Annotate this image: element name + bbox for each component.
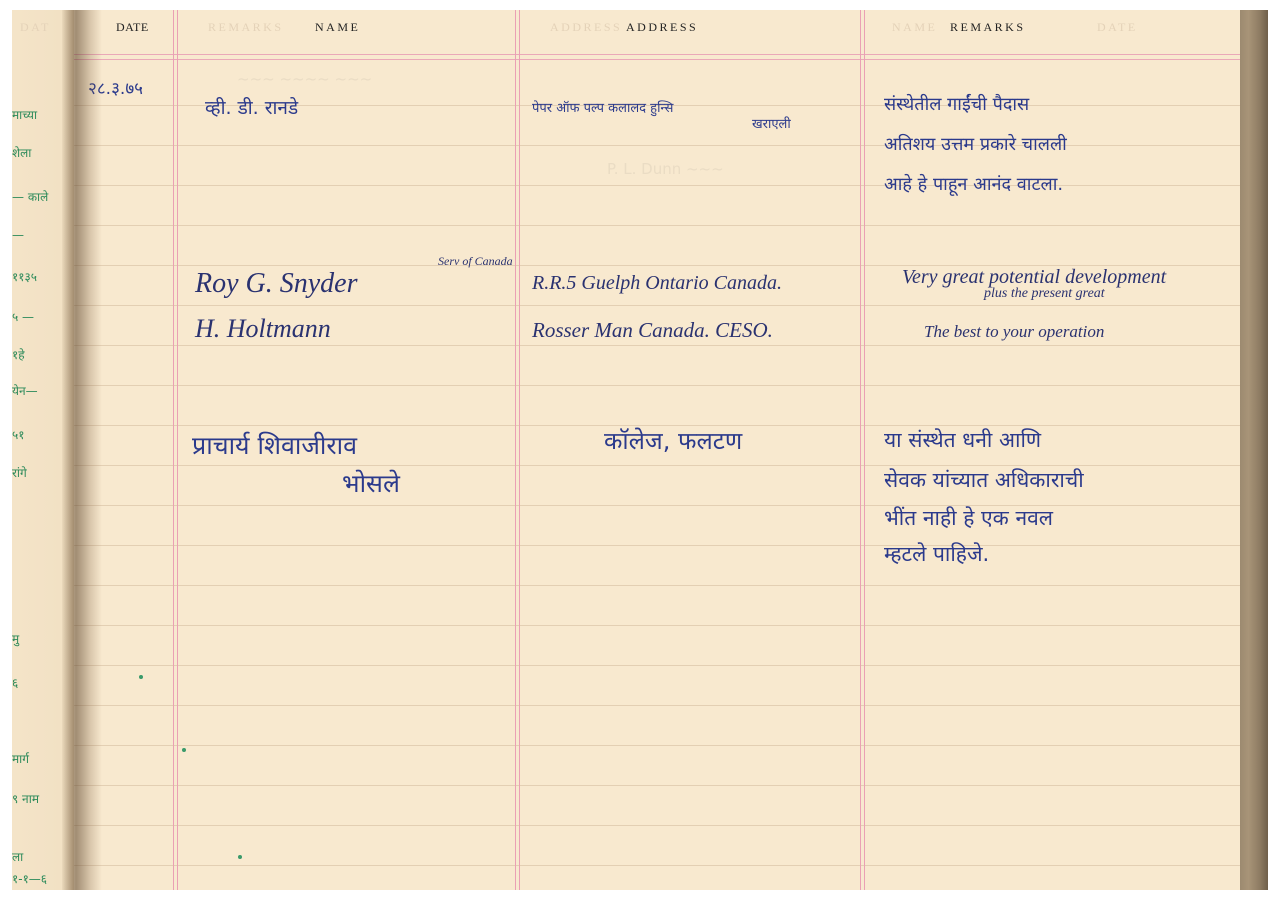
binding-shadow: [62, 10, 102, 890]
column-rule-address: [860, 10, 865, 890]
entry-1-remarks-line: संस्थेतील गाईंची पैदास: [884, 92, 1029, 116]
bleed-through-text: ~~~ ~~~~ ~~~: [237, 70, 372, 88]
header-remarks: REMARKS: [950, 20, 1026, 35]
entry-4-remarks-line: सेवक यांच्यात अधिकाराची: [884, 466, 1084, 494]
margin-note: मु: [12, 630, 19, 647]
column-rule-date: [173, 10, 178, 890]
entry-4-remarks-line: म्हटले पाहिजे.: [884, 540, 989, 568]
ruled-line: [74, 305, 1240, 306]
ghost-header-remarks: REMARKS: [208, 20, 284, 35]
ghost-header-name: NAME: [892, 20, 937, 35]
margin-note: मार्ग: [12, 750, 29, 767]
ruled-line: [74, 185, 1240, 186]
entry-1-remarks-line: आहे हे पाहून आनंद वाटला.: [884, 172, 1063, 196]
ghost-header-address: ADDRESS: [550, 20, 622, 35]
margin-note: येन—: [12, 382, 38, 399]
margin-note: ला: [12, 848, 23, 865]
ruled-line: [74, 225, 1240, 226]
ink-dot: [139, 675, 143, 679]
margin-note: रांगे: [12, 464, 27, 481]
ruled-line: [74, 545, 1240, 546]
entry-1-address: पेपर ऑफ पल्प कलालद हुन्सि: [532, 98, 673, 116]
entry-3-address: Rosser Man Canada. CESO.: [532, 318, 773, 343]
ruled-line: [74, 705, 1240, 706]
entry-2-name: Roy G. Snyder: [195, 268, 358, 300]
entry-4-address: कॉलेज, फलटण: [604, 424, 742, 457]
margin-note: ६: [12, 674, 18, 691]
entry-4-remarks-line: या संस्थेत धनी आणि: [884, 426, 1041, 454]
ruled-line: [74, 785, 1240, 786]
ruled-line: [74, 665, 1240, 666]
entry-4-remarks-line: भींत नाही हे एक नवल: [884, 504, 1053, 532]
ghost-header-date-right: DATE: [1097, 20, 1138, 35]
ruled-line: [74, 825, 1240, 826]
margin-note: १-१—६: [12, 870, 47, 887]
page-edge: [1240, 10, 1268, 890]
entry-4-name-line2: भोसले: [342, 466, 400, 500]
ruled-line: [74, 345, 1240, 346]
header-underline: [74, 54, 1240, 60]
ghost-header-date: DAT: [20, 20, 51, 35]
ruled-line: [74, 585, 1240, 586]
entry-2-address: R.R.5 Guelph Ontario Canada.: [532, 272, 782, 295]
header-date: DATE: [116, 20, 149, 35]
ink-dot: [238, 855, 242, 859]
entry-1-remarks-line: अतिशय उत्तम प्रकारे चालली: [884, 132, 1067, 156]
entry-2-name-note: Serv of Canada: [438, 254, 513, 269]
margin-note: ५ —: [12, 308, 34, 325]
entry-3-name: H. Holtmann: [195, 314, 331, 344]
entry-4-name: प्राचार्य शिवाजीराव: [192, 428, 357, 462]
entry-1-name: व्ही. डी. रानडे: [205, 94, 298, 120]
ruled-line: [74, 385, 1240, 386]
margin-note: —: [12, 228, 24, 242]
ruled-line: [74, 505, 1240, 506]
ledger-page: DAT REMARKS ADDRESS NAME DATE DATE NAME …: [12, 10, 1268, 890]
ruled-line: [74, 745, 1240, 746]
column-rule-name: [515, 10, 520, 890]
ink-dot: [182, 748, 186, 752]
margin-note: ९ नाम: [12, 790, 39, 807]
margin-note: — काले: [12, 188, 48, 205]
ruled-line: [74, 625, 1240, 626]
entry-2-remarks-line: plus the present great: [984, 286, 1105, 302]
margin-note: माच्या: [12, 106, 37, 123]
margin-note: शेला: [12, 144, 31, 161]
header-address: ADDRESS: [626, 20, 698, 35]
margin-note: १हे: [12, 346, 25, 363]
margin-note: ११३५: [12, 268, 37, 285]
bleed-through-text: P. L. Dunn ~~~: [607, 160, 724, 178]
entry-1-address-line2: खराएली: [752, 114, 791, 132]
entry-3-remarks-line: The best to your operation: [924, 322, 1104, 342]
margin-note: ५१: [12, 426, 24, 443]
header-name: NAME: [315, 20, 360, 35]
ruled-line: [74, 865, 1240, 866]
